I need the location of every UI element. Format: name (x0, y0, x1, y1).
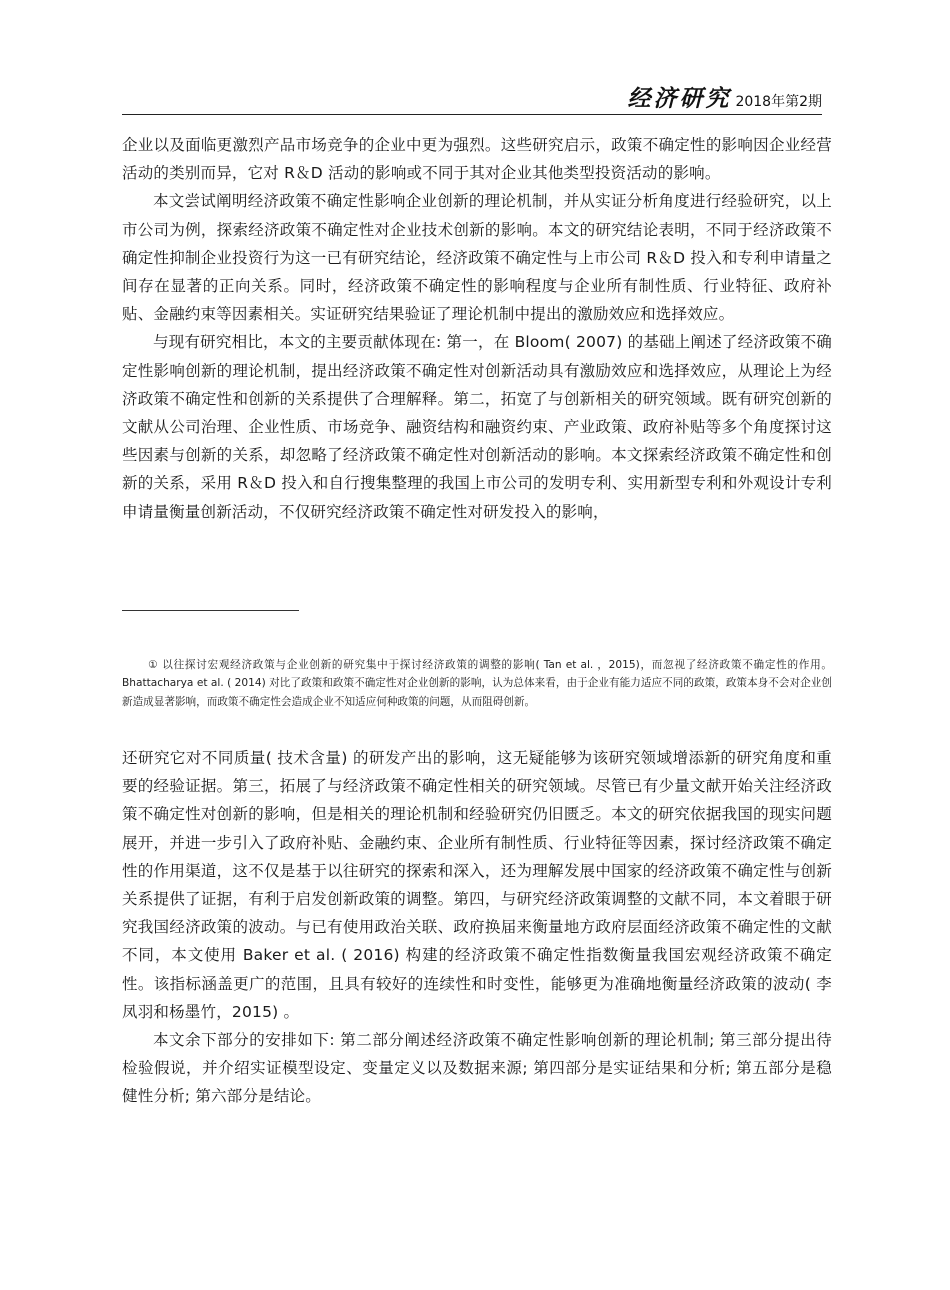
footnote-divider (122, 610, 299, 611)
body-text-top: 企业以及面临更激烈产品市场竞争的企业中更为强烈。这些研究启示，政策不确定性的影响… (122, 131, 832, 526)
paragraph-continuation: 企业以及面临更激烈产品市场竞争的企业中更为强烈。这些研究启示，政策不确定性的影响… (122, 131, 832, 187)
body-text-bottom: 还研究它对不同质量( 技术含量) 的研发产出的影响，这无疑能够为该研究领域增添新… (122, 744, 832, 1111)
page-header: 经济研究 2018年第2期 (122, 86, 822, 115)
paragraph-structure: 本文余下部分的安排如下: 第二部分阐述经济政策不确定性影响创新的理论机制; 第三… (122, 1026, 832, 1111)
journal-name: 经济研究 (627, 87, 731, 111)
footnote: ① 以往探讨宏观经济政策与企业创新的研究集中于探讨经济政策的调整的影响( Tan… (122, 656, 832, 711)
journal-issue: 2018年第2期 (735, 93, 822, 111)
journal-masthead: 经济研究 2018年第2期 (627, 87, 822, 111)
paragraph-contributions-continued: 还研究它对不同质量( 技术含量) 的研发产出的影响，这无疑能够为该研究领域增添新… (122, 744, 832, 1026)
paragraph-research-aim: 本文尝试阐明经济政策不确定性影响企业创新的理论机制，并从实证分析角度进行经验研究… (122, 187, 832, 328)
footnote-text: ① 以往探讨宏观经济政策与企业创新的研究集中于探讨经济政策的调整的影响( Tan… (122, 656, 832, 711)
paragraph-contributions: 与现有研究相比，本文的主要贡献体现在: 第一，在 Bloom( 2007) 的基… (122, 328, 832, 525)
